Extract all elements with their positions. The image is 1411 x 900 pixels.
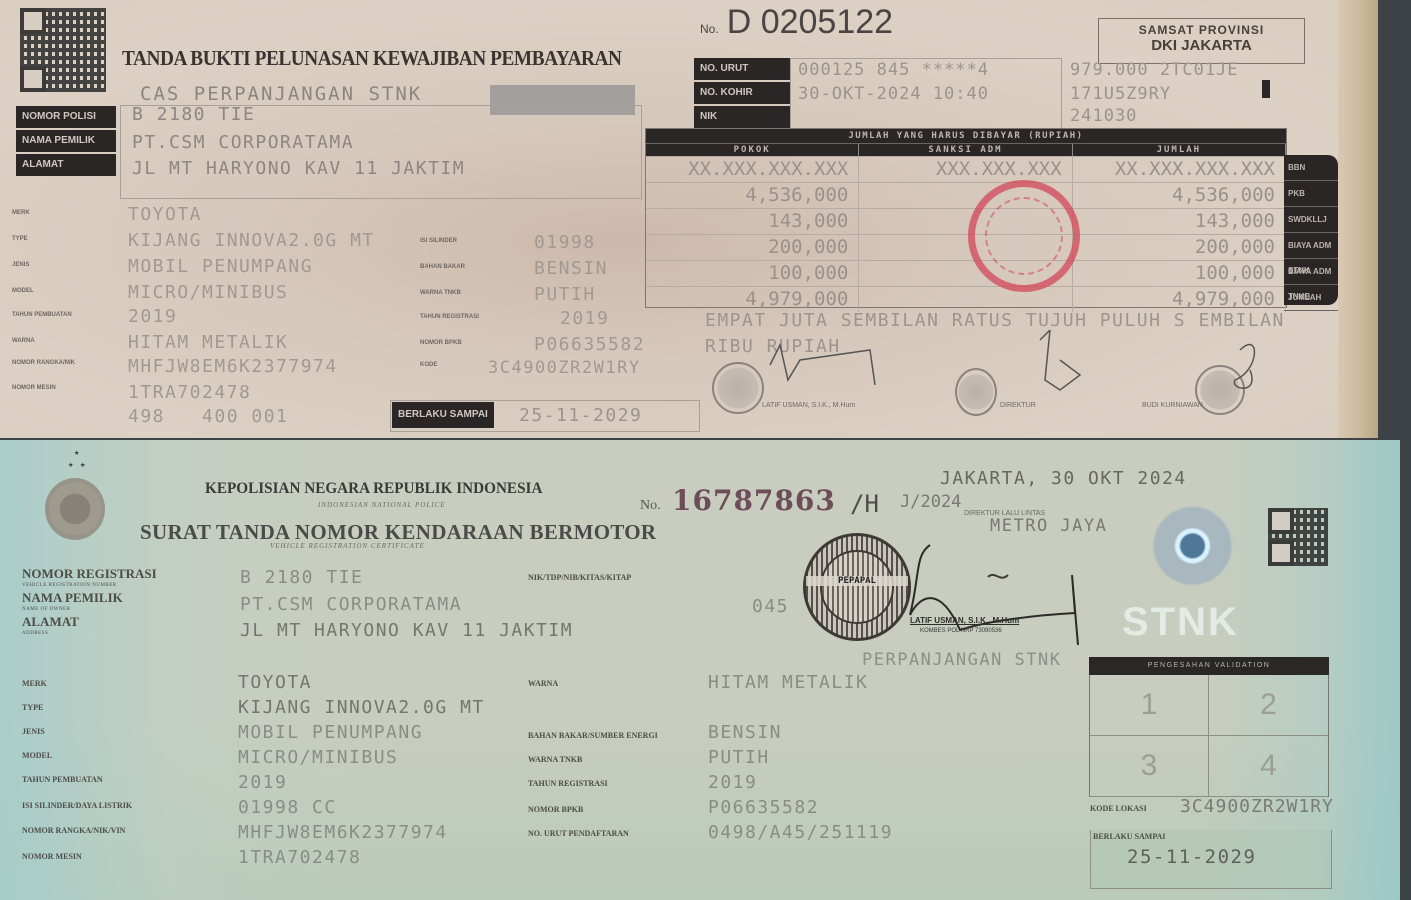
paper-edge xyxy=(1338,0,1378,438)
owner-address: JL MT HARYONO KAV 11 JAKTIM xyxy=(240,620,573,641)
label-nama-pemilik: NAMA PEMILIKNAME OF OWNER xyxy=(22,592,123,616)
payment-receipt: TANDA BUKTI PELUNASAN KEWAJIBAN PEMBAYAR… xyxy=(0,0,1378,438)
label-no-urut: NO. URUT PENDAFTARAN xyxy=(528,828,629,840)
value-bpkb: P06635582 xyxy=(534,334,645,355)
owner-name: PT.CSM CORPORATAMA xyxy=(240,594,462,615)
marker-icon xyxy=(1262,80,1270,98)
value-type: KIJANG INNOVA2.0G MT xyxy=(128,230,375,251)
label-alamat: ALAMATADDRESS xyxy=(22,616,79,640)
cell-jumlah: 100,000 xyxy=(1073,261,1286,286)
star-icon: ★ xyxy=(80,460,85,470)
label-nik: NIK xyxy=(694,106,790,128)
value-merk: TOYOTA xyxy=(238,672,312,693)
location-code-label: KODE LOKASI xyxy=(1090,804,1147,813)
label-tahun: TAHUN PEMBUATAN xyxy=(12,312,72,318)
certificate-number: 16787863 xyxy=(672,484,836,517)
label-model: MODEL xyxy=(22,750,52,762)
value-isi-silinder: 01998 xyxy=(534,232,596,253)
valid-until-box: BERLAKU SAMPAI 25-11-2029 xyxy=(390,400,700,432)
vehicle-registration-certificate: ★ ★ ★ KEPOLISIAN NEGARA REPUBLIK INDONES… xyxy=(0,440,1400,900)
value-code: 498 400 001 xyxy=(128,406,288,427)
value-tahun-registrasi: 2019 xyxy=(560,308,609,329)
label-jenis: JENIS xyxy=(12,262,29,268)
row-label: BIAYA ADM STNK xyxy=(1284,233,1338,259)
table-row: 143,000 143,000 xyxy=(646,208,1286,234)
official-seal-icon xyxy=(712,362,764,414)
validation-header: PENGESAHAN VALIDATION xyxy=(1089,657,1329,675)
samsat-label: SAMSAT PROVINSI xyxy=(1099,23,1304,37)
star-icon: ★ xyxy=(74,448,79,458)
value-type: KIJANG INNOVA2.0G MT xyxy=(238,697,485,718)
row-label: BIAYA ADM TNKB xyxy=(1284,259,1338,285)
label-alamat: ALAMAT xyxy=(16,154,116,176)
police-emblem-icon xyxy=(45,478,105,540)
samsat-region: DKI JAKARTA xyxy=(1099,37,1304,54)
document-title-en: VEHICLE REGISTRATION CERTIFICATE xyxy=(270,542,425,550)
officer-name: LATIF USMAN, S.I.K., M.Hum xyxy=(910,616,1019,625)
value-kode: 3C4900ZR2W1RY xyxy=(488,358,641,378)
label-bpkb: NOMOR BPKB xyxy=(420,340,462,346)
signatory-1: LATIF USMAN, S.I.K., M.Hum xyxy=(762,402,855,409)
ref-extra-2: 171U5Z9RY xyxy=(1070,84,1171,104)
col-pokok: POKOK xyxy=(646,144,859,156)
ref-extra-1: 979.000 2TC01JE xyxy=(1070,60,1239,80)
value-jenis: MOBIL PENUMPANG xyxy=(128,256,313,277)
payment-table-header: POKOK SANKSI ADM JUMLAH xyxy=(646,143,1286,156)
value-nomor-mesin: 1TRA702478 xyxy=(238,847,361,868)
cell-jumlah: 143,000 xyxy=(1073,209,1286,234)
officer-rank: KOMBES POL NRP 73090536 xyxy=(920,628,1002,634)
hologram-icon xyxy=(1150,498,1235,590)
owner-address: JL MT HARYONO KAV 11 JAKTIM xyxy=(132,158,465,179)
row-label: SWDKLLJ xyxy=(1284,207,1338,233)
label-warna: WARNA xyxy=(528,678,558,690)
regional-police-seal-icon: PEPAPAL xyxy=(803,533,911,641)
signatory-2: DIREKTUR xyxy=(1000,402,1036,409)
valid-until-value: 25-11-2029 xyxy=(1127,846,1256,868)
ref-extra-3: 241030 xyxy=(1070,106,1137,126)
label-jenis: JENIS xyxy=(22,726,45,738)
plate-number: B 2180 TIE xyxy=(132,104,255,125)
table-row-mask: XX.XXX.XXX.XXX XXX.XXX.XXX XX.XXX.XXX.XX… xyxy=(646,156,1286,182)
col-jumlah: JUMLAH xyxy=(1073,144,1286,156)
value-warna-tnkb: PUTIH xyxy=(534,284,596,305)
valid-until-label: BERLAKU SAMPAI xyxy=(1093,832,1166,841)
valid-until-box: BERLAKU SAMPAI 25-11-2029 xyxy=(1090,830,1332,889)
payment-table: JUMLAH YANG HARUS DIBAYAR (RUPIAH) POKOK… xyxy=(645,128,1287,308)
label-nomor-rangka: NOMOR RANGKA/NIK/VIN xyxy=(22,825,125,837)
value-warna: HITAM METALIK xyxy=(128,332,288,353)
value-rangka: MHFJW8EM6K2377974 xyxy=(128,356,338,377)
label-kode: KODE xyxy=(420,362,437,368)
payment-row-labels: BBN PKB SWDKLLJ BIAYA ADM STNK BIAYA ADM… xyxy=(1284,155,1338,305)
label-type: TYPE xyxy=(12,236,28,242)
value-nomor-bpkb: P06635582 xyxy=(708,797,819,818)
cell-pokok: 100,000 xyxy=(646,261,859,286)
receipt-title: TANDA BUKTI PELUNASAN KEWAJIBAN PEMBAYAR… xyxy=(122,46,622,71)
value-warna-tnkb: PUTIH xyxy=(708,747,770,768)
seal-text: PEPAPAL xyxy=(806,576,908,586)
cell-jumlah: 4,536,000 xyxy=(1073,183,1286,208)
signatory-3: BUDI KURNIAWAN xyxy=(1142,402,1203,409)
receipt-subtitle: CAS PERPANJANGAN STNK xyxy=(140,83,422,105)
value-bahan-bakar: BENSIN xyxy=(534,258,608,279)
label-bahan-bakar: BAHAN BAKAR xyxy=(420,264,465,270)
label-mesin: NOMOR MESIN xyxy=(12,385,56,391)
samsat-box: SAMSAT PROVINSI DKI JAKARTA xyxy=(1098,18,1305,64)
stnk-watermark: STNK xyxy=(1122,600,1239,645)
agency-title: KEPOLISIAN NEGARA REPUBLIK INDONESIA xyxy=(205,480,542,498)
table-row: 4,536,000 4,536,000 xyxy=(646,182,1286,208)
value-tahun-registrasi: 2019 xyxy=(708,772,757,793)
label-nik: NIK/TDP/NIB/KITAS/KITAP xyxy=(528,572,631,584)
cell-pokok: 200,000 xyxy=(646,235,859,260)
cell-jumlah: 200,000 xyxy=(1073,235,1286,260)
row-label: PKB xyxy=(1284,181,1338,207)
owner-name: PT.CSM CORPORATAMA xyxy=(132,132,354,153)
validation-cell: 3 xyxy=(1090,736,1209,797)
no-urut-value: 000125 845 *****4 xyxy=(798,60,989,80)
validation-cell: 2 xyxy=(1209,675,1328,736)
mask-cell: XX.XXX.XXX.XXX xyxy=(646,157,859,182)
qr-code-icon xyxy=(1268,508,1328,566)
value-merk: TOYOTA xyxy=(128,204,202,225)
label-isi-silinder: ISI SILINDER/DAYA LISTRIK xyxy=(22,800,132,812)
table-row: 200,000 200,000 xyxy=(646,234,1286,260)
registration-number: B 2180 TIE xyxy=(240,567,363,588)
agency-title-en: INDONESIAN NATIONAL POLICE xyxy=(318,501,446,509)
valid-until-label: BERLAKU SAMPAI xyxy=(392,402,494,428)
validation-cell: 1 xyxy=(1090,675,1209,736)
payment-table-title: JUMLAH YANG HARUS DIBAYAR (RUPIAH) xyxy=(646,129,1286,143)
certificate-year: J/2024 xyxy=(900,492,961,512)
value-mesin: 1TRA702478 xyxy=(128,382,251,403)
label-no-kohir: NO. KOHIR xyxy=(694,82,790,104)
certificate-number-suffix: /H xyxy=(850,490,879,518)
label-nomor-bpkb: NOMOR BPKB xyxy=(528,804,583,816)
label-nama-pemilik: NAMA PEMILIK xyxy=(16,130,116,152)
receipt-number: No.D 0205122 xyxy=(700,3,893,42)
value-bahan-bakar: BENSIN xyxy=(708,722,782,743)
cell-pokok: 143,000 xyxy=(646,209,859,234)
table-row: 100,000 100,000 xyxy=(646,260,1286,286)
cell-pokok: 4,536,000 xyxy=(646,183,859,208)
label-isi-silinder: ISI SILINDER xyxy=(420,238,457,244)
renewal-note: PERPANJANGAN STNK xyxy=(862,650,1062,670)
col-sanksi: SANKSI ADM xyxy=(859,144,1072,156)
label-bahan-bakar: BAHAN BAKAR/SUMBER ENERGI xyxy=(528,730,658,742)
label-model: MODEL xyxy=(12,288,34,294)
label-warna-tnkb: WARNA TNKB xyxy=(420,290,461,296)
label-no-urut: NO. URUT xyxy=(694,58,790,80)
label-type: TYPE xyxy=(22,702,43,714)
no-kohir-value: 30-OKT-2024 10:40 xyxy=(798,84,989,104)
label-warna: WARNA xyxy=(12,338,35,344)
label-nomor-polisi: NOMOR POLISI xyxy=(16,106,116,128)
label-tahun-registrasi: TAHUN REGISTRASI xyxy=(528,778,608,790)
star-icon: ★ xyxy=(68,460,73,470)
label-nomor-registrasi: NOMOR REGISTRASIVEHICLE REGISTRATION NUM… xyxy=(22,568,157,592)
value-nomor-rangka: MHFJW8EM6K2377974 xyxy=(238,822,448,843)
valid-until-value: 25-11-2029 xyxy=(519,405,642,426)
label-merk: MERK xyxy=(12,210,30,216)
label-warna-tnkb: WARNA TNKB xyxy=(528,754,582,766)
region: METRO JAYA xyxy=(990,516,1107,536)
value-no-urut: 0498/A45/251119 xyxy=(708,822,893,843)
value-model: MICRO/MINIBUS xyxy=(238,747,398,768)
value-model: MICRO/MINIBUS xyxy=(128,282,288,303)
label-merk: MERK xyxy=(22,678,47,690)
qr-code-icon xyxy=(20,8,106,92)
validation-cell: 4 xyxy=(1209,736,1328,797)
mask-cell: XX.XXX.XXX.XXX xyxy=(1073,157,1286,182)
value-tahun-pembuatan: 2019 xyxy=(238,772,287,793)
signature-icon xyxy=(760,330,1320,410)
issue-date: JAKARTA, 30 OKT 2024 xyxy=(940,468,1187,489)
paid-stamp-icon xyxy=(968,180,1080,292)
value-tahun: 2019 xyxy=(128,306,177,327)
row-label: BBN xyxy=(1284,155,1338,181)
value-isi-silinder: 01998 CC xyxy=(238,797,337,818)
location-code: 3C4900ZR2W1RY xyxy=(1180,796,1334,817)
label-nomor-mesin: NOMOR MESIN xyxy=(22,851,82,863)
nik-partial: 045 xyxy=(752,596,789,617)
value-warna: HITAM METALIK xyxy=(708,672,868,693)
mask-cell: XXX.XXX.XXX xyxy=(859,157,1072,182)
label-rangka: NOMOR RANGKA/NIK xyxy=(12,360,75,366)
label-tahun-pembuatan: TAHUN PEMBUATAN xyxy=(22,774,103,786)
label-tahun-registrasi: TAHUN REGISTRASI xyxy=(420,314,479,320)
value-jenis: MOBIL PENUMPANG xyxy=(238,722,423,743)
number-prefix: No. xyxy=(640,498,661,514)
